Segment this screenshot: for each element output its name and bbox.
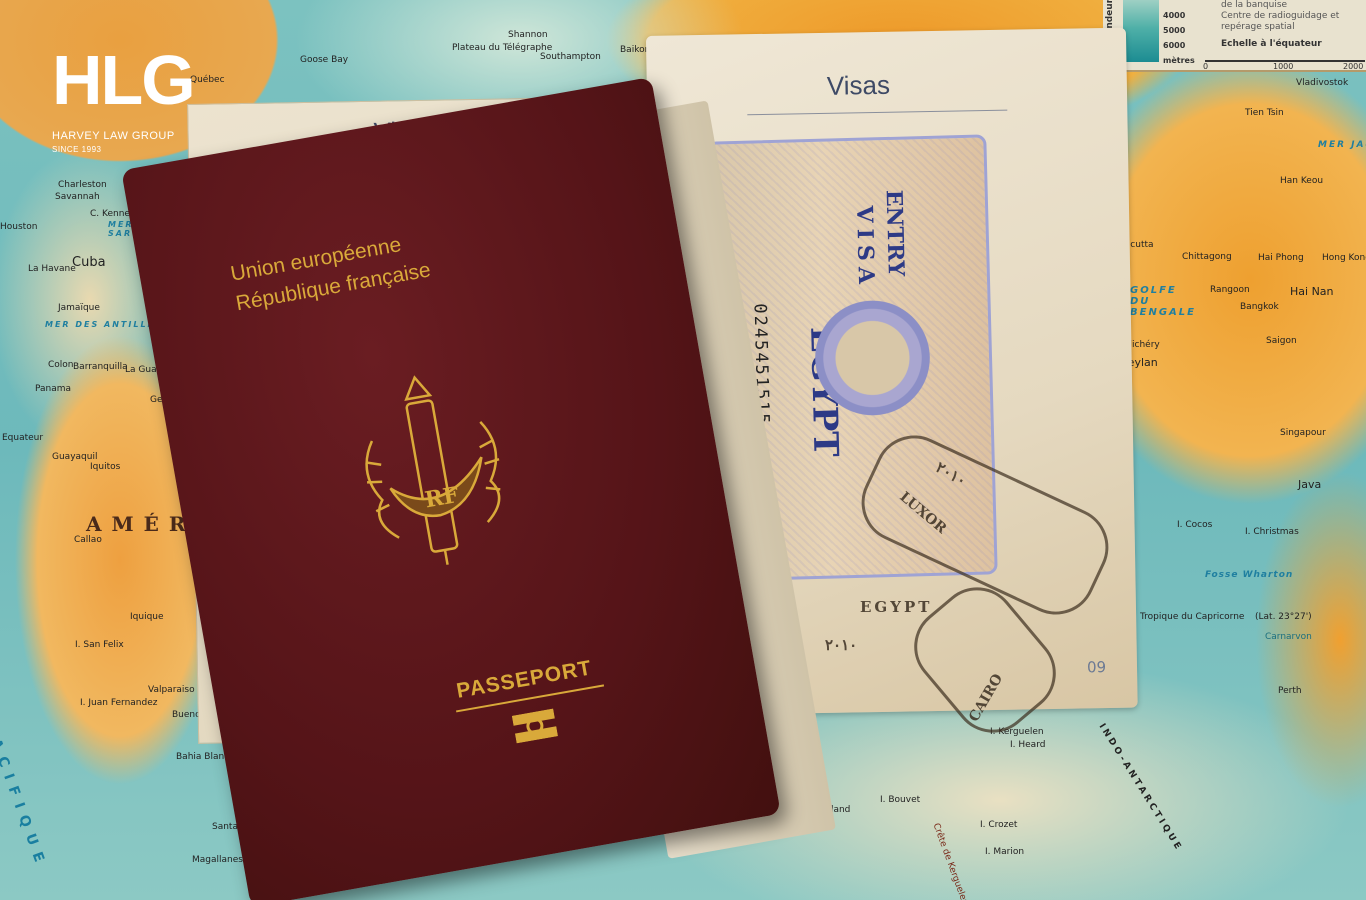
map-label: Iquique (130, 612, 164, 622)
sea-label: MER DES ANTILLES (45, 320, 163, 329)
map-label: Rangoon (1210, 285, 1250, 295)
depth-ticks: 4000 5000 6000 mètres (1163, 8, 1195, 68)
biometric-chip-icon (512, 709, 558, 744)
page-number: 09 (1087, 658, 1106, 676)
ocean-label: OCÉAN PACIFIQUE (0, 620, 50, 872)
sea-label: MER JAUNE (1318, 140, 1366, 150)
map-label: Charleston (58, 180, 107, 190)
sea-label: GOLFE DU BENGALE (1130, 285, 1200, 318)
map-label: Hong Kong (1322, 253, 1366, 263)
map-label: I. Marion (985, 847, 1024, 857)
map-label: Magallanes (192, 855, 243, 865)
logo-name: HARVEY LAW GROUP (52, 130, 175, 142)
visa-entry-text: ENTRY (881, 190, 909, 277)
map-label: Han Keou (1280, 176, 1323, 186)
map-label: Houston (0, 222, 37, 232)
map-label: Hai Phong (1258, 253, 1304, 263)
map-label: Singapour (1280, 428, 1326, 438)
map-label: Cuba (72, 255, 106, 270)
map-label: I. Bouvet (880, 795, 920, 805)
map-label: Savannah (55, 192, 100, 202)
map-label: (Lat. 23°27') (1255, 612, 1312, 622)
harvey-law-group-logo: HLG HARVEY LAW GROUP SINCE 1993 (52, 44, 212, 154)
map-label: Valparaiso (148, 685, 195, 695)
map-label: I. San Felix (75, 640, 124, 650)
depth-color-bar (1123, 0, 1159, 62)
french-emblem-icon: RF (332, 358, 534, 584)
map-label: Tropique du Capricorne (1140, 612, 1244, 622)
map-label: Colon (48, 360, 74, 370)
egypt-stamp: EGYPT (860, 598, 932, 616)
map-label: Barranquilla (73, 362, 128, 372)
map-label: Jamaïque (58, 303, 100, 313)
map-label: I. Crozet (980, 820, 1017, 830)
map-label: I. Heard (1010, 740, 1045, 750)
visa-visa-text: VISA (851, 205, 879, 290)
map-label: Callao (74, 535, 102, 545)
map-label: I. Juan Fernandez (80, 698, 157, 708)
visas-heading-right: Visas (827, 70, 891, 102)
map-label: Java (1298, 478, 1321, 491)
legend-items: de la banquise Centre de radioguidage et… (1221, 0, 1366, 50)
map-label: Perth (1278, 686, 1302, 696)
map-legend: Profondeur 4000 5000 6000 mètres de la b… (1103, 0, 1366, 72)
egypt-stamp-date: ٢٠١٠ (825, 636, 857, 654)
logo-since: SINCE 1993 (52, 145, 101, 154)
passport-title: PASSEPORT (455, 656, 594, 703)
map-label: Iquitos (90, 462, 120, 472)
sea-label: Fosse Wharton (1205, 570, 1293, 580)
logo-letters: HLG (52, 44, 194, 116)
map-label: Panama (35, 384, 71, 394)
map-label: Guayaquil (52, 452, 97, 462)
sea-label: INDO-ANTARCTIQUE (1097, 722, 1184, 854)
map-label: La Havane (28, 264, 76, 274)
map-label: Chittagong (1182, 252, 1232, 262)
map-label: Equateur (2, 433, 43, 443)
map-label: I. Christmas (1245, 527, 1299, 537)
map-label: Hai Nan (1290, 285, 1334, 298)
map-label: Carnarvon (1265, 632, 1312, 642)
map-label: I. Cocos (1177, 520, 1212, 530)
map-label: Saigon (1266, 336, 1297, 346)
map-label: Tien Tsin (1245, 108, 1284, 118)
map-label: Crête de Kerguelen (931, 822, 970, 900)
map-label: Vladivostok (1296, 78, 1348, 88)
map-label: Bangkok (1240, 302, 1279, 312)
divider (747, 110, 1007, 116)
